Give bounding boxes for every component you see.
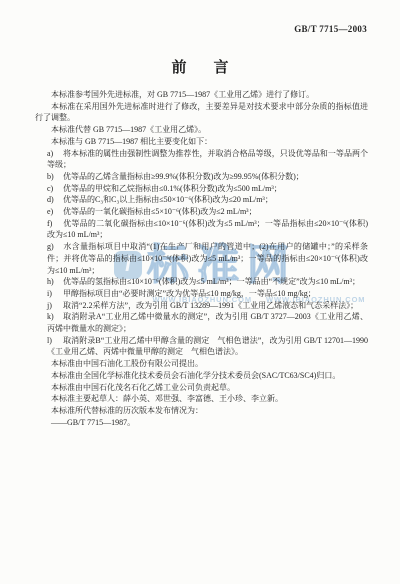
list-item-text: 优等品的甲烷和乙烷指标由≤0.1%(体积分数)改为≤500 mL/m³；	[63, 184, 282, 193]
list-item-label: k)	[47, 311, 63, 323]
list-item: j)取消“2.2采样方法”，改为引用 GB/T 13289—1991《工业用乙烯…	[47, 300, 368, 312]
list-item: i)甲醇指标项目由“必要时测定”改为优等品≤10 mg/kg，一等品≤10 mg…	[47, 288, 368, 300]
outro-paragraph: 本标准由中国石化茂名石化乙烯工业公司负责起草。	[35, 382, 368, 394]
list-item-text: 优等品的氢指标由≤10×10⁻⁶(体积)改为≤5 mL/m³；一等品由“不规定”…	[63, 277, 360, 286]
standard-number: GB/T 7715—2003	[294, 24, 367, 34]
list-item-text: 优等品的C₃和C₃以上指标由≤50×10⁻⁶(体积)改为≤20 mL/m³；	[63, 195, 273, 204]
outro-paragraph: 本标准由全国化学标准化技术委员会石油化学分技术委员会(SAC/TC63/SC4)…	[35, 370, 368, 382]
list-item: l)取消附录B“工业用乙烯中甲醇含量的测定 气相色谱法”，改为引用 GB/T 1…	[47, 335, 368, 358]
list-item-text: 甲醇指标项目由“必要时测定”改为优等品≤10 mg/kg，一等品≤10 mg/k…	[63, 289, 316, 298]
outro-paragraph: 本标准所代替标准的历次版本发布情况为：	[35, 405, 368, 417]
list-item-label: f)	[47, 218, 63, 230]
list-item-text: 取消附录A“工业用乙烯中微量水的测定”，改为引用 GB/T 3727—2003《…	[47, 312, 368, 333]
outro-paragraph: 本标准主要起草人：薛小英、邓世强、李富德、王小珍、李立新。	[35, 393, 368, 405]
list-item-label: e)	[47, 206, 63, 218]
list-item: c)优等品的甲烷和乙烷指标由≤0.1%(体积分数)改为≤500 mL/m³；	[47, 183, 368, 195]
list-item-text: 优等品的乙烯含量指标由≥99.9%(体积分数)改为≥99.95%(体积分数)；	[63, 172, 304, 181]
list-item: k)取消附录A“工业用乙烯中微量水的测定”，改为引用 GB/T 3727—200…	[47, 311, 368, 334]
list-item: h)优等品的氢指标由≤10×10⁻⁶(体积)改为≤5 mL/m³；一等品由“不规…	[47, 276, 368, 288]
list-item-text: 优等品的二氧化碳指标由≤10×10⁻⁶(体积)改为≤5 mL/m³；一等品指标由…	[47, 219, 368, 240]
list-item-label: b)	[47, 171, 63, 183]
outro-paragraph: ——GB/T 7715—1987。	[35, 417, 368, 429]
intro-paragraph: 本标准代替 GB 7715—1987《工业用乙烯》。	[35, 124, 368, 136]
list-item-text: 取消附录B“工业用乙烯中甲醇含量的测定 气相色谱法”，改为引用 GB/T 127…	[47, 336, 368, 357]
list-item-label: j)	[47, 300, 63, 312]
list-item-label: a)	[47, 148, 63, 160]
foreword-body: 本标准参考国外先进标准，对 GB 7715—1987《工业用乙烯》进行了修订。 …	[35, 89, 368, 428]
intro-paragraph: 本标准在采用国外先进标准时进行了修改，主要差异是对技术要求中部分杂质的指标值进行…	[35, 101, 368, 124]
list-item: b)优等品的乙烯含量指标由≥99.9%(体积分数)改为≥99.95%(体积分数)…	[47, 171, 368, 183]
page-title: 前 言	[0, 56, 400, 77]
document-page: i 标准网 WWW.IBIAOZHUN.COM WWW.IBIAOZHUN.CO…	[0, 0, 400, 584]
list-item: f)优等品的二氧化碳指标由≤10×10⁻⁶(体积)改为≤5 mL/m³；一等品指…	[47, 218, 368, 241]
list-item-text: 优等品的一氧化碳指标由≤5×10⁻⁶(体积)改为≤2 mL/m³；	[63, 207, 257, 216]
list-item-label: g)	[47, 241, 63, 253]
list-item: e)优等品的一氧化碳指标由≤5×10⁻⁶(体积)改为≤2 mL/m³；	[47, 206, 368, 218]
list-item-label: d)	[47, 194, 63, 206]
list-item-text: 将本标准的属性由强制性调整为推荐性，并取消合格品等级，只设优等品和一等品两个等级…	[47, 149, 368, 170]
list-item-label: l)	[47, 335, 63, 347]
list-item-label: h)	[47, 276, 63, 288]
list-item-text: 水含量指标项目中取消“(1)在生产厂和用户的管道中；(2)在用户的储罐中；”的采…	[47, 242, 368, 274]
list-item: d)优等品的C₃和C₃以上指标由≤50×10⁻⁶(体积)改为≤20 mL/m³；	[47, 194, 368, 206]
list-item-label: i)	[47, 288, 63, 300]
list-item-text: 取消“2.2采样方法”，改为引用 GB/T 13289—1991《工业用乙烯液态…	[63, 301, 358, 310]
outro-paragraph: 本标准由中国石油化工股份有限公司提出。	[35, 358, 368, 370]
intro-paragraph: 本标准与 GB 7715—1987 相比主要变化如下：	[35, 136, 368, 148]
list-item-label: c)	[47, 183, 63, 195]
list-item: g)水含量指标项目中取消“(1)在生产厂和用户的管道中；(2)在用户的储罐中；”…	[47, 241, 368, 276]
intro-paragraph: 本标准参考国外先进标准，对 GB 7715—1987《工业用乙烯》进行了修订。	[35, 89, 368, 101]
list-item: a)将本标准的属性由强制性调整为推荐性，并取消合格品等级，只设优等品和一等品两个…	[47, 148, 368, 171]
